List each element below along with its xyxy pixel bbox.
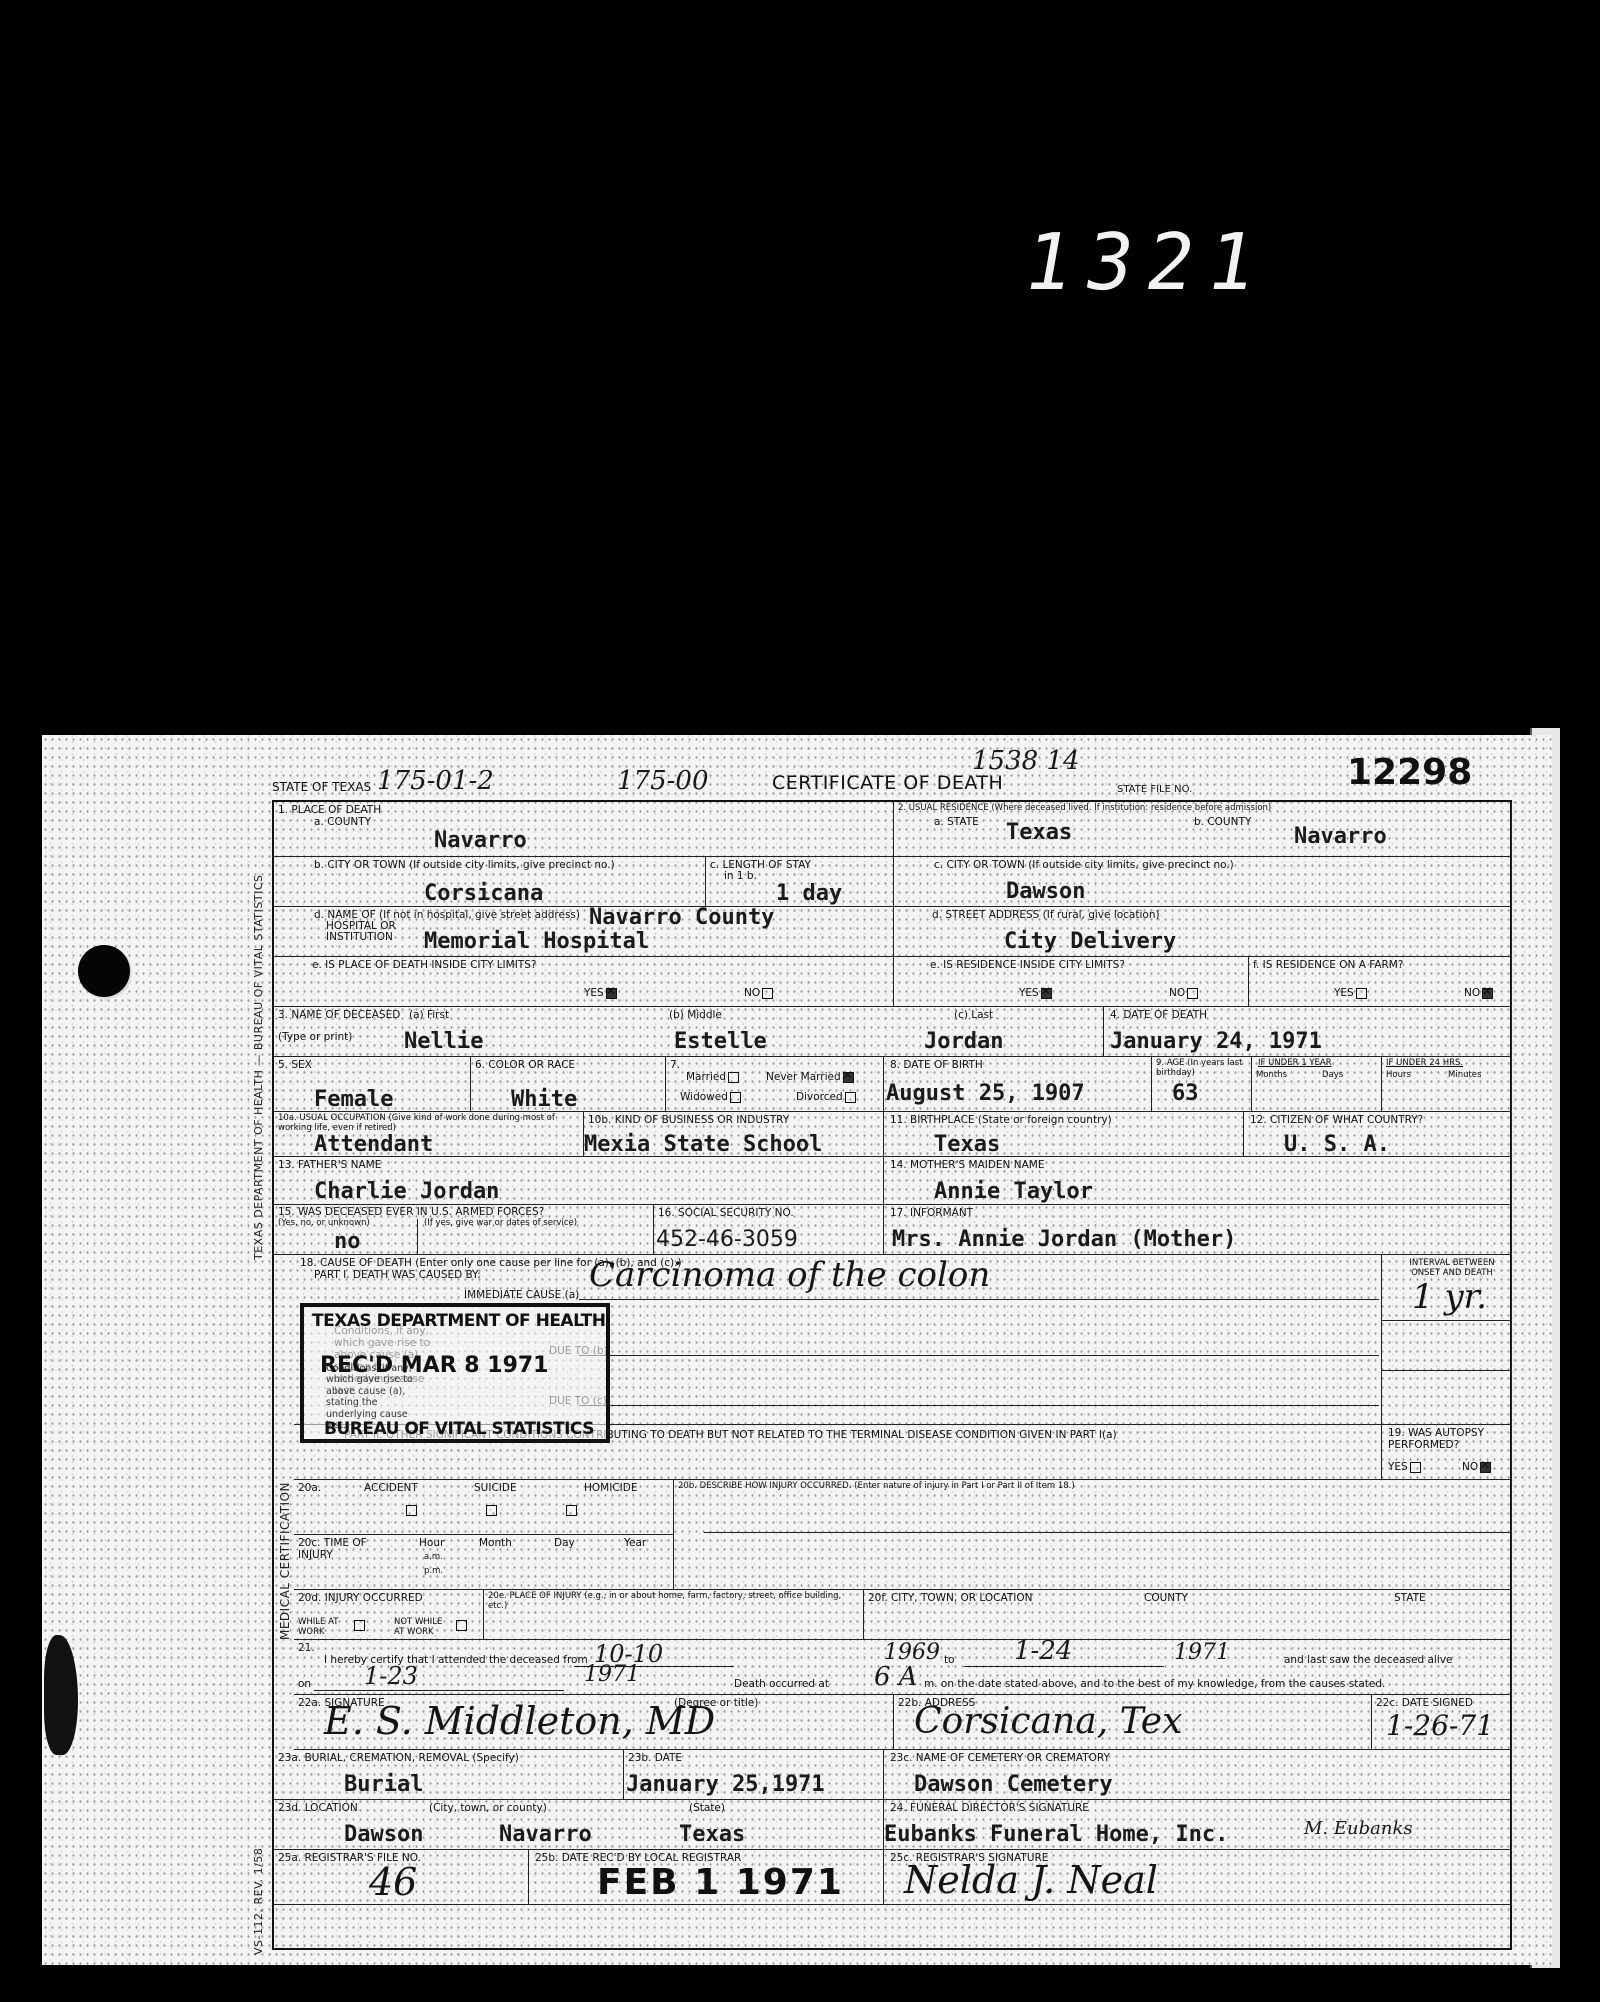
last-seen-year: 1971 (584, 1662, 640, 1687)
registrar-signature: Nelda J. Neal (904, 1858, 1158, 1902)
armed-forces-cell: 15. WAS DECEASED EVER IN U.S. ARMED FORC… (274, 1205, 654, 1255)
state-code: 175-01-2 (377, 766, 494, 796)
mother-name-value: Annie Taylor (934, 1179, 1093, 1204)
burial-location-cell: 23d. LOCATION (City, town, or county) (S… (274, 1800, 884, 1850)
injury-place-cell: 20e. PLACE OF INJURY (e.g., in or about … (484, 1590, 864, 1640)
registrar-signature-cell: 25c. REGISTRAR'S SIGNATURE Nelda J. Neal (884, 1850, 1512, 1905)
disposition-date-value: January 25,1971 (626, 1772, 825, 1797)
physician-signature-cell: 22a. SIGNATURE (Degree or title) E. S. M… (294, 1695, 894, 1750)
not-while-at-work-checkbox[interactable] (456, 1620, 467, 1631)
funeral-director-cell: 24. FUNERAL DIRECTOR'S SIGNATURE Eubanks… (884, 1800, 1512, 1850)
citizenship-cell: 12. CITIZEN OF WHAT COUNTRY? U. S. A. (1244, 1112, 1512, 1157)
death-city-value: Corsicana (424, 881, 543, 906)
ssn-cell: 16. SOCIAL SECURITY NO. 452-46-3059 (654, 1205, 884, 1255)
last-name-value: Jordan (924, 1029, 1003, 1054)
date-signed-value: 1-26-71 (1386, 1709, 1494, 1742)
residence-street-value: City Delivery (1004, 929, 1176, 954)
attended-to-year: 1971 (1174, 1640, 1230, 1665)
stamp-received-date: REC'D MAR 8 1971 (320, 1353, 549, 1378)
registrar-file-cell: 25a. REGISTRAR'S FILE NO. 46 (274, 1850, 529, 1905)
middle-name-value: Estelle (674, 1029, 767, 1054)
microfilm-frame-number: 1321 (1017, 218, 1277, 308)
burial-county-value: Navarro (499, 1822, 592, 1847)
length-of-stay-value: 1 day (776, 881, 842, 906)
first-name-value: Nellie (404, 1029, 483, 1054)
cemetery-cell: 23c. NAME OF CEMETERY OR CREMATORY Dawso… (884, 1750, 1512, 1800)
occupation-value: Attendant (314, 1132, 433, 1157)
injury-location-cell: 20f. CITY, TOWN, OR LOCATION COUNTY STAT… (864, 1590, 1512, 1640)
mother-name-cell: 14. MOTHER'S MAIDEN NAME Annie Taylor (884, 1157, 1512, 1205)
sex-value: Female (314, 1087, 393, 1112)
disposition-method-cell: 23a. BURIAL, CREMATION, REMOVAL (Specify… (274, 1750, 624, 1800)
date-of-death-cell: 4. DATE OF DEATH January 24, 1971 (1104, 1007, 1512, 1057)
registrar-date-stamp: FEB 1 1971 (597, 1862, 844, 1903)
residence-street-cell: d. STREET ADDRESS (If rural, give locati… (894, 907, 1512, 957)
hospital-cell: d. NAME OF (If not in hospital, give str… (274, 907, 894, 957)
farm-no-checkbox[interactable] (1482, 988, 1493, 999)
death-county-value: Navarro (434, 828, 527, 853)
residence-city-cell: c. CITY OR TOWN (If outside city limits,… (894, 857, 1512, 907)
state-file-label: STATE FILE NO. (1117, 784, 1192, 795)
certificate-title: CERTIFICATE OF DEATH (772, 772, 1003, 794)
residence-state-value: Texas (1006, 820, 1072, 845)
under-24-hours-cell: IF UNDER 24 HRS. Hours Minutes (1382, 1057, 1512, 1112)
disposition-date-cell: 23b. DATE January 25,1971 (624, 1750, 884, 1800)
registrar-file-value: 46 (369, 1860, 417, 1904)
interval-value: 1 yr. (1412, 1277, 1487, 1317)
injury-time-cell: 20c. TIME OF INJURY Hour a.m. p.m. Month… (294, 1535, 674, 1590)
marital-status-cell: 7. Married Never Married Widowed Divorce… (666, 1057, 884, 1112)
place-of-death-county-cell: 1. PLACE OF DEATH a. COUNTY Navarro (274, 802, 894, 857)
birthplace-value: Texas (934, 1132, 1000, 1157)
residence-state-county-cell: 2. USUAL RESIDENCE (Where deceased lived… (894, 802, 1512, 857)
residence-farm-cell: f. IS RESIDENCE ON A FARM? YES NO (1249, 957, 1512, 1007)
married-checkbox[interactable] (728, 1072, 739, 1083)
farm-yes-checkbox[interactable] (1356, 988, 1367, 999)
occupation-cell: 10a. USUAL OCCUPATION (Give kind of work… (274, 1112, 584, 1157)
death-inside-limits-cell: e. IS PLACE OF DEATH INSIDE CITY LIMITS?… (274, 957, 894, 1007)
age-cell: 9. AGE (In years last birthday) 63 (1152, 1057, 1252, 1112)
burial-state-value: Texas (679, 1822, 745, 1847)
sex-cell: 5. SEX Female (274, 1057, 471, 1112)
interval-cell: INTERVAL BETWEEN ONSET AND DEATH 1 yr. (1382, 1255, 1512, 1425)
funeral-director-signature: M. Eubanks (1304, 1818, 1413, 1839)
widowed-checkbox[interactable] (730, 1092, 741, 1103)
hospital-line2: Memorial Hospital (424, 929, 649, 954)
death-city-cell: b. CITY OR TOWN (If outside city limits,… (274, 857, 706, 907)
disposition-method-value: Burial (344, 1772, 423, 1797)
hospital-line1: Navarro County (589, 907, 774, 930)
homicide-checkbox[interactable] (566, 1505, 577, 1516)
length-of-stay-cell: c. LENGTH OF STAY in 1 b. 1 day (706, 857, 894, 907)
residence-inside-limits-cell: e. IS RESIDENCE INSIDE CITY LIMITS? YES … (894, 957, 1249, 1007)
residence-inside-limits-yes-checkbox[interactable] (1041, 988, 1052, 999)
attended-to-value: 1-24 (1014, 1640, 1072, 1666)
cemetery-value: Dawson Cemetery (914, 1772, 1113, 1797)
informant-cell: 17. INFORMANT Mrs. Annie Jordan (Mother) (884, 1205, 1512, 1255)
physician-address-value: Corsicana, Tex (914, 1701, 1182, 1742)
father-name-value: Charlie Jordan (314, 1179, 499, 1204)
physician-signature: E. S. Middleton, MD (324, 1699, 715, 1743)
side-department-text: TEXAS DEPARTMENT OF HEALTH — BUREAU OF V… (252, 875, 265, 1260)
residence-county-value: Navarro (1294, 824, 1387, 849)
received-stamp: Conditions, if any, which gave rise to a… (300, 1303, 610, 1443)
never-married-checkbox[interactable] (843, 1072, 854, 1083)
suicide-checkbox[interactable] (486, 1505, 497, 1516)
stamp-department: TEXAS DEPARTMENT OF HEALTH (312, 1311, 605, 1331)
death-inside-limits-no-checkbox[interactable] (762, 988, 773, 999)
autopsy-yes-checkbox[interactable] (1410, 1462, 1421, 1473)
business-cell: 10b. KIND OF BUSINESS OR INDUSTRY Mexia … (584, 1112, 884, 1157)
state-label: STATE OF TEXAS (272, 780, 371, 794)
business-value: Mexia State School (584, 1132, 822, 1157)
date-signed-cell: 22c. DATE SIGNED 1-26-71 (1372, 1695, 1512, 1750)
citizenship-value: U. S. A. (1284, 1132, 1390, 1157)
county-code: 175-00 (617, 766, 709, 796)
side-form-id: VS-112, REV. 1/58 (252, 1848, 265, 1955)
registrar-date-cell: 25b. DATE REC'D BY LOCAL REGISTRAR FEB 1… (529, 1850, 884, 1905)
father-name-cell: 13. FATHER'S NAME Charlie Jordan (274, 1157, 884, 1205)
death-time-value: 6 A (874, 1662, 918, 1692)
funeral-director-value: Eubanks Funeral Home, Inc. (884, 1822, 1228, 1847)
injury-occurred-cell: 20d. INJURY OCCURRED WHILE AT WORK NOT W… (294, 1590, 484, 1640)
date-of-death-value: January 24, 1971 (1110, 1029, 1322, 1054)
date-of-birth-value: August 25, 1907 (886, 1081, 1085, 1106)
accident-checkbox[interactable] (406, 1505, 417, 1516)
burial-city-value: Dawson (344, 1822, 423, 1847)
ssn-value: 452-46-3059 (656, 1227, 798, 1252)
injury-manner-cell: 20a. ACCIDENT SUICIDE HOMICIDE (294, 1480, 674, 1535)
title-annotation: 1538 14 (972, 746, 1080, 776)
injury-description-cell: 20b. DESCRIBE HOW INJURY OCCURRED. (Ente… (674, 1480, 1512, 1590)
last-seen-value: 1-23 (364, 1662, 418, 1690)
autopsy-cell: 19. WAS AUTOPSY PERFORMED? YES NO (1382, 1425, 1512, 1480)
divorced-checkbox[interactable] (845, 1092, 856, 1103)
certificate-number: 12298 (1347, 752, 1472, 793)
under-one-year-cell: IF UNDER 1 YEAR Months Days (1252, 1057, 1382, 1112)
autopsy-no-checkbox[interactable] (1480, 1462, 1491, 1473)
birthplace-cell: 11. BIRTHPLACE (State or foreign country… (884, 1112, 1244, 1157)
age-value: 63 (1172, 1081, 1199, 1106)
residence-city-value: Dawson (1006, 879, 1085, 904)
physician-certification-cell: 21. I hereby certify that I attended the… (294, 1640, 1512, 1695)
punch-hole-icon (78, 945, 130, 997)
death-inside-limits-yes-checkbox[interactable] (606, 988, 617, 999)
physician-address-cell: 22b. ADDRESS Corsicana, Tex (894, 1695, 1372, 1750)
armed-forces-value: no (334, 1229, 361, 1254)
informant-value: Mrs. Annie Jordan (Mother) (892, 1227, 1236, 1252)
race-cell: 6. COLOR OR RACE White (471, 1057, 666, 1112)
residence-inside-limits-no-checkbox[interactable] (1187, 988, 1198, 999)
while-at-work-checkbox[interactable] (354, 1620, 365, 1631)
certificate-header: STATE OF TEXAS 175-01-2 175-00 CERTIFICA… (272, 760, 1512, 800)
immediate-cause-value: Carcinoma of the colon (589, 1255, 990, 1295)
stamp-bureau: BUREAU OF VITAL STATISTICS (324, 1419, 594, 1439)
date-of-birth-cell: 8. DATE OF BIRTH August 25, 1907 (884, 1057, 1152, 1112)
race-value: White (511, 1087, 577, 1112)
deceased-name-cell: 3. NAME OF DECEASED (Type or print) (a) … (274, 1007, 1104, 1057)
